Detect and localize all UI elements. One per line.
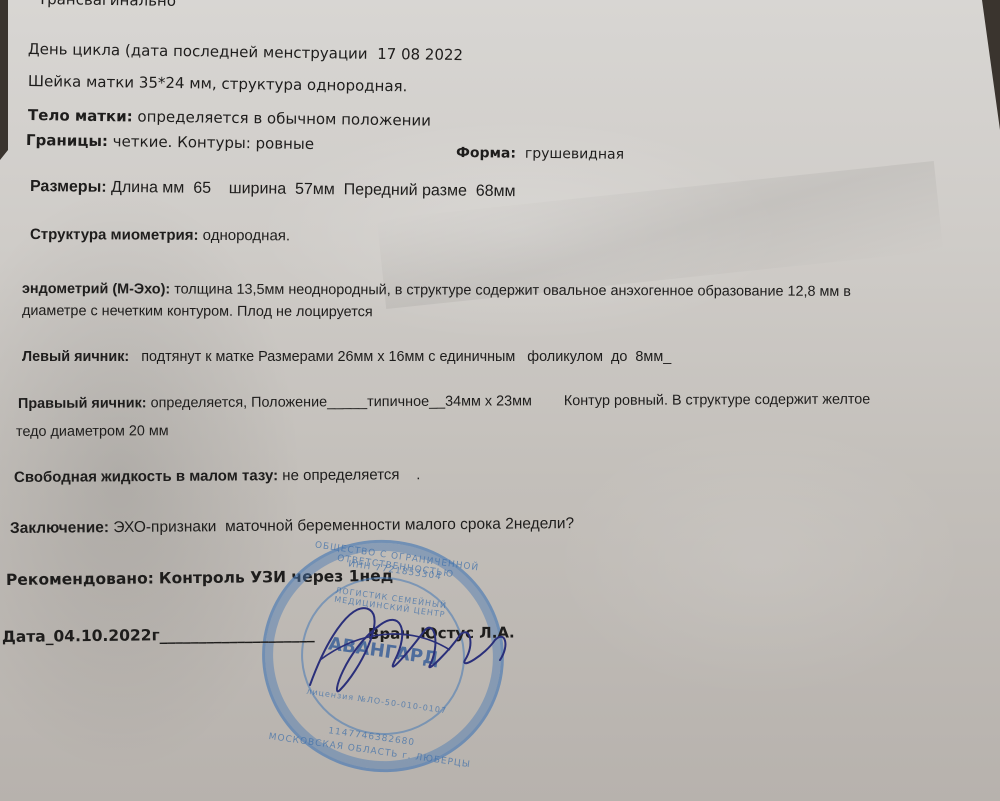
free-fluid-line: Свободная жидкость в малом тазу: не опре…: [14, 466, 420, 487]
myometrium-label: Структура миометрия:: [30, 226, 199, 244]
cervix-line: Шейка матки 35*24 мм, структура однородн…: [28, 72, 408, 95]
endometrium-line-2: диаметре с нечетким контуром. Плод не ло…: [22, 302, 373, 321]
right-ovary-value-1: определяется, Положение_____типичное__34…: [151, 392, 871, 412]
right-ovary-line-1: Правыый яичник: определяется, Положение_…: [18, 391, 870, 413]
right-ovary-line-2: тедо диаметром 20 мм: [16, 422, 169, 441]
endometrium-label: эндометрий (М-Эхо):: [22, 281, 170, 298]
recommended-label: Рекомендовано:: [6, 569, 154, 589]
conclusion-label: Заключение:: [10, 519, 109, 537]
sizes-value: Длина мм 65 ширина 57мм Передний разме 6…: [111, 179, 516, 200]
free-fluid-label: Свободная жидкость в малом тазу:: [14, 467, 278, 486]
left-ovary-label: Левый яичник:: [22, 349, 129, 365]
cycle-day-label: День цикла (дата последней менструации: [28, 40, 368, 63]
date-underline: ____________________: [160, 625, 315, 645]
paper-sheet: Трансвагинально День цикла (дата последн…: [0, 0, 1000, 801]
left-ovary-value: подтянут к матке Размерами 26мм х 16мм с…: [141, 349, 671, 365]
date-value: 04.10.2022г: [53, 626, 159, 645]
conclusion-line: Заключение: ЭХО-признаки маточной береме…: [10, 515, 574, 538]
free-fluid-value: не определяется .: [282, 466, 420, 484]
shape-line: Форма: грушевидная: [456, 144, 624, 164]
header-cut-text: Трансвагинально: [38, 0, 176, 10]
conclusion-value: ЭХО-признаки маточной беременности малог…: [113, 515, 574, 536]
endometrium-line-1: эндометрий (М-Эхо): толщина 13,5мм неодн…: [22, 280, 851, 301]
endometrium-value-1: толщина 13,5мм неоднородный, в структуре…: [174, 282, 851, 300]
uterus-body-line: Тело матки: определяется в обычном полож…: [28, 106, 431, 130]
uterus-body-value: определяется в обычном положении: [137, 108, 431, 130]
borders-line: Границы: четкие. Контуры: ровные: [26, 131, 314, 153]
date-line: Дата_04.10.2022г____________________: [2, 625, 315, 646]
left-ovary-line: Левый яичник: подтянут к матке Размерами…: [22, 348, 671, 366]
shape-label: Форма:: [456, 145, 516, 162]
cycle-day-line: День цикла (дата последней менструации 1…: [28, 40, 463, 64]
borders-value: четкие. Контуры: ровные: [113, 132, 314, 153]
sizes-line: Размеры: Длина мм 65 ширина 57мм Передни…: [30, 178, 516, 201]
uterus-body-label: Тело матки:: [28, 106, 133, 125]
date-label: Дата_: [2, 627, 54, 646]
right-ovary-label: Правыый яичник:: [18, 395, 147, 412]
doctor-signature: [300, 590, 520, 700]
borders-label: Границы:: [26, 131, 108, 150]
myometrium-value: однородная.: [203, 227, 291, 244]
shape-value: грушевидная: [525, 146, 624, 163]
sizes-label: Размеры:: [30, 178, 107, 196]
myometrium-line: Структура миометрия: однородная.: [30, 226, 290, 245]
cycle-day-value: 17 08 2022: [377, 45, 463, 64]
